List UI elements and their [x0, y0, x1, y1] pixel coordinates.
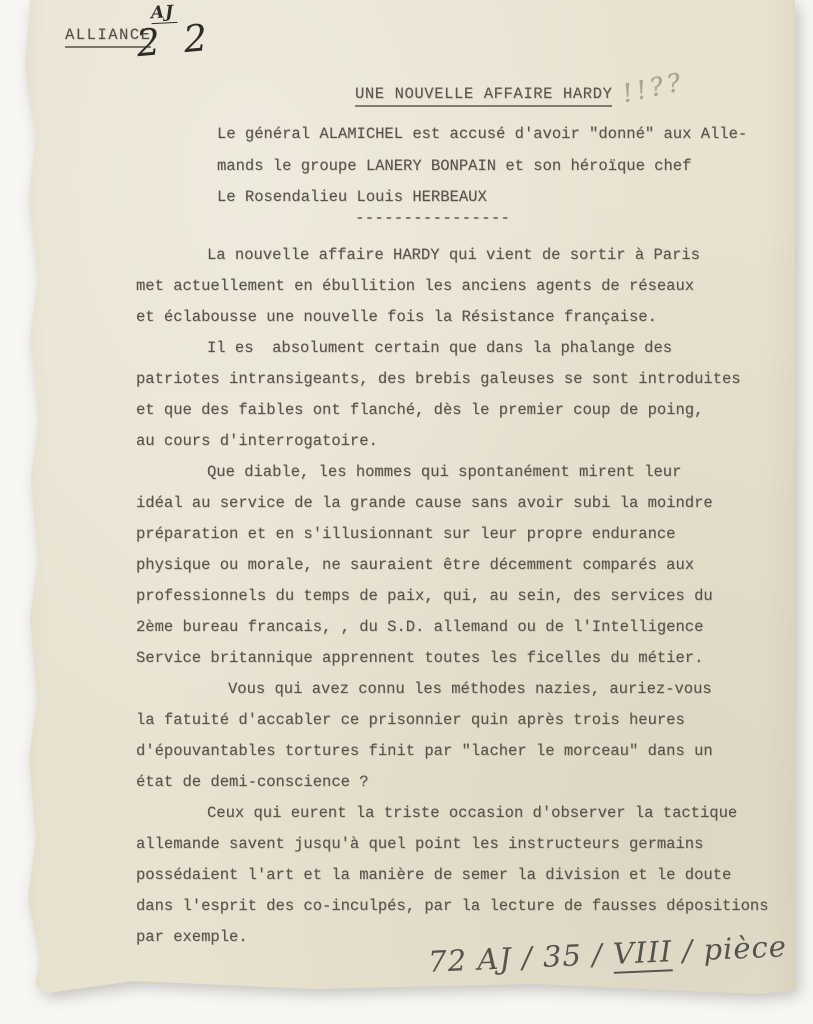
typed-line: Vous qui avez connu les méthodes nazies,…: [136, 674, 769, 705]
typed-line: professionnels du temps de paix, qui, au…: [136, 581, 769, 612]
typed-line: 2ème bureau francais, , du S.D. allemand…: [136, 612, 769, 643]
paragraph: Vous qui avez connu les méthodes nazies,…: [136, 674, 769, 798]
typed-line: et éclabousse une nouvelle fois la Résis…: [136, 302, 769, 333]
call-number-volume: VIII: [612, 934, 673, 974]
typed-line: préparation et en s'illusionnant sur leu…: [136, 519, 769, 550]
typed-line: physique ou morale, ne sauraient être dé…: [136, 550, 769, 581]
subtitle-line: mands le groupe LANERY BONPAIN et son hé…: [217, 151, 747, 183]
subtitle-line: Le général ALAMICHEL est accusé d'avoir …: [217, 119, 747, 151]
typed-line: Service britannique apprennent toutes le…: [136, 643, 769, 674]
typed-line: la fatuité d'accabler ce prisonnier quin…: [136, 705, 769, 736]
handwritten-title-annotation: !!??: [620, 67, 688, 108]
typed-line: patriotes intransigeants, des brebis gal…: [136, 364, 769, 395]
subtitle-block: Le général ALAMICHEL est accusé d'avoir …: [217, 119, 747, 214]
typed-line: dans l'esprit des co-inculpés, par la le…: [136, 891, 769, 922]
typed-line: d'épouvantables tortures finit par "lach…: [136, 736, 769, 767]
typed-line: état de demi-conscience ?: [136, 767, 769, 798]
call-number-part1: 72 AJ / 35 /: [427, 937, 613, 979]
paper-sheet: ALLIANCE AJ 2 2 UNE NOUVELLE AFFAIRE HAR…: [14, 0, 795, 998]
paragraph: Ceux qui eurent la triste occasion d'obs…: [136, 798, 769, 953]
typed-line: et que des faibles ont flanché, dès le p…: [136, 395, 769, 426]
title-row: UNE NOUVELLE AFFAIRE HARDY !!??: [355, 85, 685, 107]
typed-line: allemande savent jusqu'à quel point les …: [136, 829, 769, 860]
handwritten-piece-number: 2 2: [135, 16, 215, 66]
typed-line: idéal au service de la grande cause sans…: [136, 488, 769, 519]
typed-line: Il es absolument certain que dans la pha…: [136, 333, 769, 364]
typed-line: met actuellement en ébullition les ancie…: [136, 271, 769, 302]
scanned-document-page: { "colors": { "paper": "#e8e2d0", "typew…: [0, 0, 813, 1024]
paragraph: Que diable, les hommes qui spontanément …: [136, 457, 769, 674]
typed-line: possédaient l'art et la manière de semer…: [136, 860, 769, 891]
document-title: UNE NOUVELLE AFFAIRE HARDY: [355, 85, 612, 107]
typed-line: La nouvelle affaire HARDY qui vient de s…: [136, 240, 769, 271]
typed-line: Ceux qui eurent la triste occasion d'obs…: [136, 798, 769, 829]
typed-line: au cours d'interrogatoire.: [136, 426, 769, 457]
handwritten-archive-mark: AJ 2 2: [134, 0, 214, 64]
separator-dashes: ----------------: [355, 208, 510, 228]
paragraph: La nouvelle affaire HARDY qui vient de s…: [136, 240, 769, 333]
paragraph: Il es absolument certain que dans la pha…: [136, 333, 769, 457]
typed-line: Que diable, les hommes qui spontanément …: [136, 457, 769, 488]
document-body: La nouvelle affaire HARDY qui vient de s…: [136, 240, 769, 953]
paper-shadow-wrap: ALLIANCE AJ 2 2 UNE NOUVELLE AFFAIRE HAR…: [0, 0, 813, 1024]
call-number-part3: / pièce 22: [672, 927, 813, 968]
